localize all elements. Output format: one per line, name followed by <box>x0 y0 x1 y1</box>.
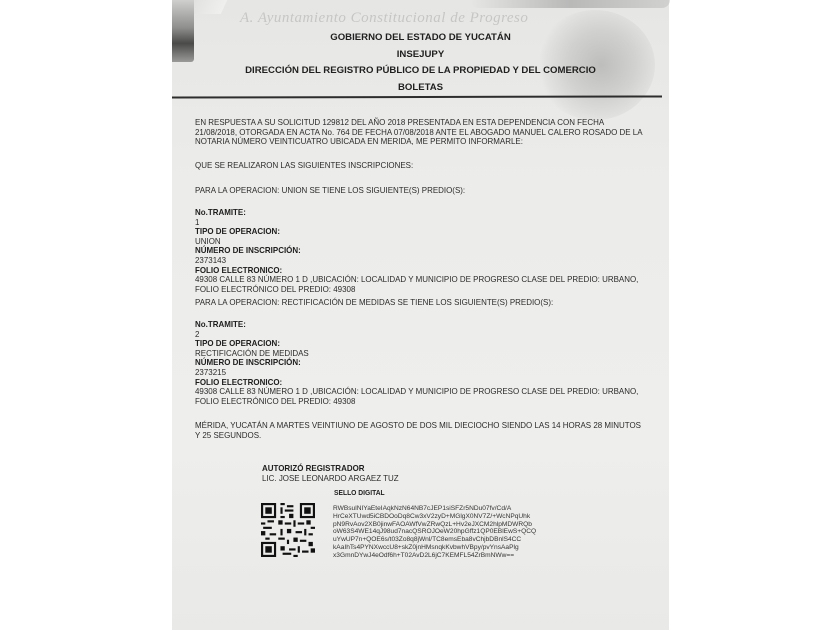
seal-line: x3GmnDYwJ4eOdf6h+T02AvD2L6jC7KEMFL54ZrBm… <box>333 552 573 560</box>
digital-seal-title: SELLO DIGITAL <box>334 490 385 497</box>
operation-1-heading: PARA LA OPERACION: UNION SE TIENE LOS SI… <box>195 186 646 196</box>
signature-block: AUTORIZÓ REGISTRADOR LIC. JOSE LEONARDO … <box>262 464 550 483</box>
operation-2-details: No.TRAMITE: 2 TIPO DE OPERACION: RECTIFI… <box>195 320 646 406</box>
tramite-label: No.TRAMITE: <box>195 208 646 218</box>
qr-code-icon <box>261 503 315 557</box>
tramite-label: No.TRAMITE: <box>195 320 646 330</box>
header-directorate: DIRECCIÓN DEL REGISTRO PÚBLICO DE LA PRO… <box>172 63 669 80</box>
seal-line: RWBsulNIYaEteIAqkNzN64NB7cJEP1siSFZr5NDu… <box>333 505 573 513</box>
digital-seal-value: RWBsulNIYaEteIAqkNzN64NB7cJEP1siSFZr5NDu… <box>333 505 573 560</box>
inscripcion-label: NÚMERO DE INSCRIPCIÓN: <box>195 358 646 368</box>
header-institute: INSEJUPY <box>172 47 669 64</box>
operation-1-details: No.TRAMITE: 1 TIPO DE OPERACION: UNION N… <box>195 208 646 294</box>
folio-value: 49308 CALLE 83 NÚMERO 1 D ,UBICACIÓN: LO… <box>195 275 646 294</box>
tipo-label: TIPO DE OPERACION: <box>195 227 646 237</box>
photo-shadow <box>470 0 670 8</box>
folio-value: 49308 CALLE 83 NÚMERO 1 D ,UBICACIÓN: LO… <box>195 387 646 406</box>
signature-name: LIC. JOSE LEONARDO ARGAEZ TUZ <box>262 474 550 484</box>
closing-statement: MÉRIDA, YUCATÁN A MARTES VEINTIUNO DE AG… <box>195 421 646 440</box>
seal-line: pN9RvAov2XB0jinwFAOAWfVwZRwQzL+Hv2eJXCM2… <box>333 521 573 529</box>
operation-2-heading: PARA LA OPERACION: RECTIFICACIÓN DE MEDI… <box>195 298 646 308</box>
document-header: GOBIERNO DEL ESTADO DE YUCATÁN INSEJUPY … <box>172 30 669 96</box>
inscriptions-intro: QUE SE REALIZARON LAS SIGUIENTES INSCRIP… <box>195 161 646 171</box>
intro-paragraph: EN RESPUESTA A SU SOLICITUD 129812 DEL A… <box>195 118 646 147</box>
seal-line: uYwUP7n+QOE6s/t03Zo8q8jWnl/TC8emsEba8vCh… <box>333 536 573 544</box>
digital-seal-label: SELLO DIGITAL <box>334 489 478 499</box>
inscripcion-label: NÚMERO DE INSCRIPCIÓN: <box>195 246 646 256</box>
header-doc-type: BOLETAS <box>172 80 669 97</box>
seal-line: kAaIhTs4PYNXwccU8+skZ0jnHMsnqkKvbwhVBpy/… <box>333 544 573 552</box>
seal-line: HrCeXTUwd5iCBDOoDq8Cw3xV2zyD+MGlgX0NV7Z/… <box>333 513 573 521</box>
header-government: GOBIERNO DEL ESTADO DE YUCATÁN <box>172 30 669 47</box>
watermark-text: A. Ayuntamiento Constitucional de Progre… <box>240 10 528 27</box>
seal-line: oW63S4WE14qJ98ud7nacQSROJOeW20hpGffz1QP0… <box>333 528 573 536</box>
